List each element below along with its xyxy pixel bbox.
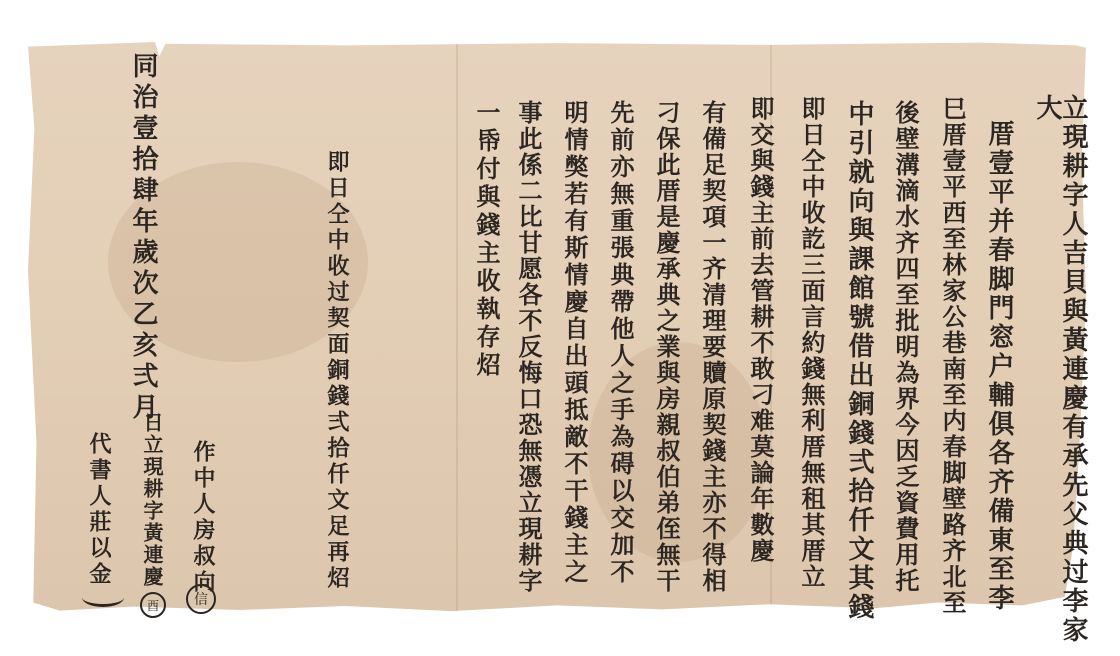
document-paper <box>28 42 1086 614</box>
contract-column-11: 明情獘若有斯情慶自出頭抵敵不干錢主之 <box>562 100 586 586</box>
issuer-signature: 日立現耕字黃連慶 <box>142 412 162 588</box>
contract-column-1: 立現耕字人吉貝與黃連慶有承先父典过李家大 <box>1034 94 1086 656</box>
receipt-note: 即日仝中收过契面銅錢弍拾仟文足再炤 <box>326 150 348 592</box>
contract-column-4: 後壁溝滴水齐四至批明為界今因乏資費用托 <box>893 100 917 594</box>
date-line: 同治壹拾肆年歲次乙亥弍月 <box>130 52 156 424</box>
contract-column-13: 一帋付與錢主收執存炤 <box>474 100 498 380</box>
contract-column-7: 即交與錢主前去管耕不敢刁难莫論年數慶 <box>748 96 772 564</box>
contract-column-3: 巳厝壹平西至林家公巷南至内春脚壁路齐北至 <box>940 96 964 616</box>
contract-column-10: 先前亦無重張典帶他人之手為碍以交加不 <box>608 100 632 586</box>
middleman-signature: 作中人房叔向 <box>192 440 214 596</box>
fold-line <box>456 42 458 614</box>
contract-column-5: 中引就向與課館號借出銅錢弍拾仟文其錢 <box>846 100 872 622</box>
scribe-mark <box>82 588 124 607</box>
scribe-signature: 代書人莊以金 <box>88 432 110 588</box>
contract-column-8: 有備足契項一齐清理要贖原契錢主亦不得相 <box>700 100 724 594</box>
contract-column-2: 厝壹平并春脚門窓户輔俱各齐備東至李 <box>986 120 1012 613</box>
contract-column-12: 事此係二比甘愿各不反悔口恐無憑立現耕字 <box>516 100 540 594</box>
issuer-seal: 酉 <box>140 592 166 618</box>
middleman-seal: 信 <box>186 584 216 614</box>
contract-column-6: 即日仝中收訖三面言約錢無利厝無租其厝立 <box>799 96 823 590</box>
contract-column-9: 刁保此厝是慶承典之業與房親叔伯弟侄無干 <box>654 100 678 594</box>
